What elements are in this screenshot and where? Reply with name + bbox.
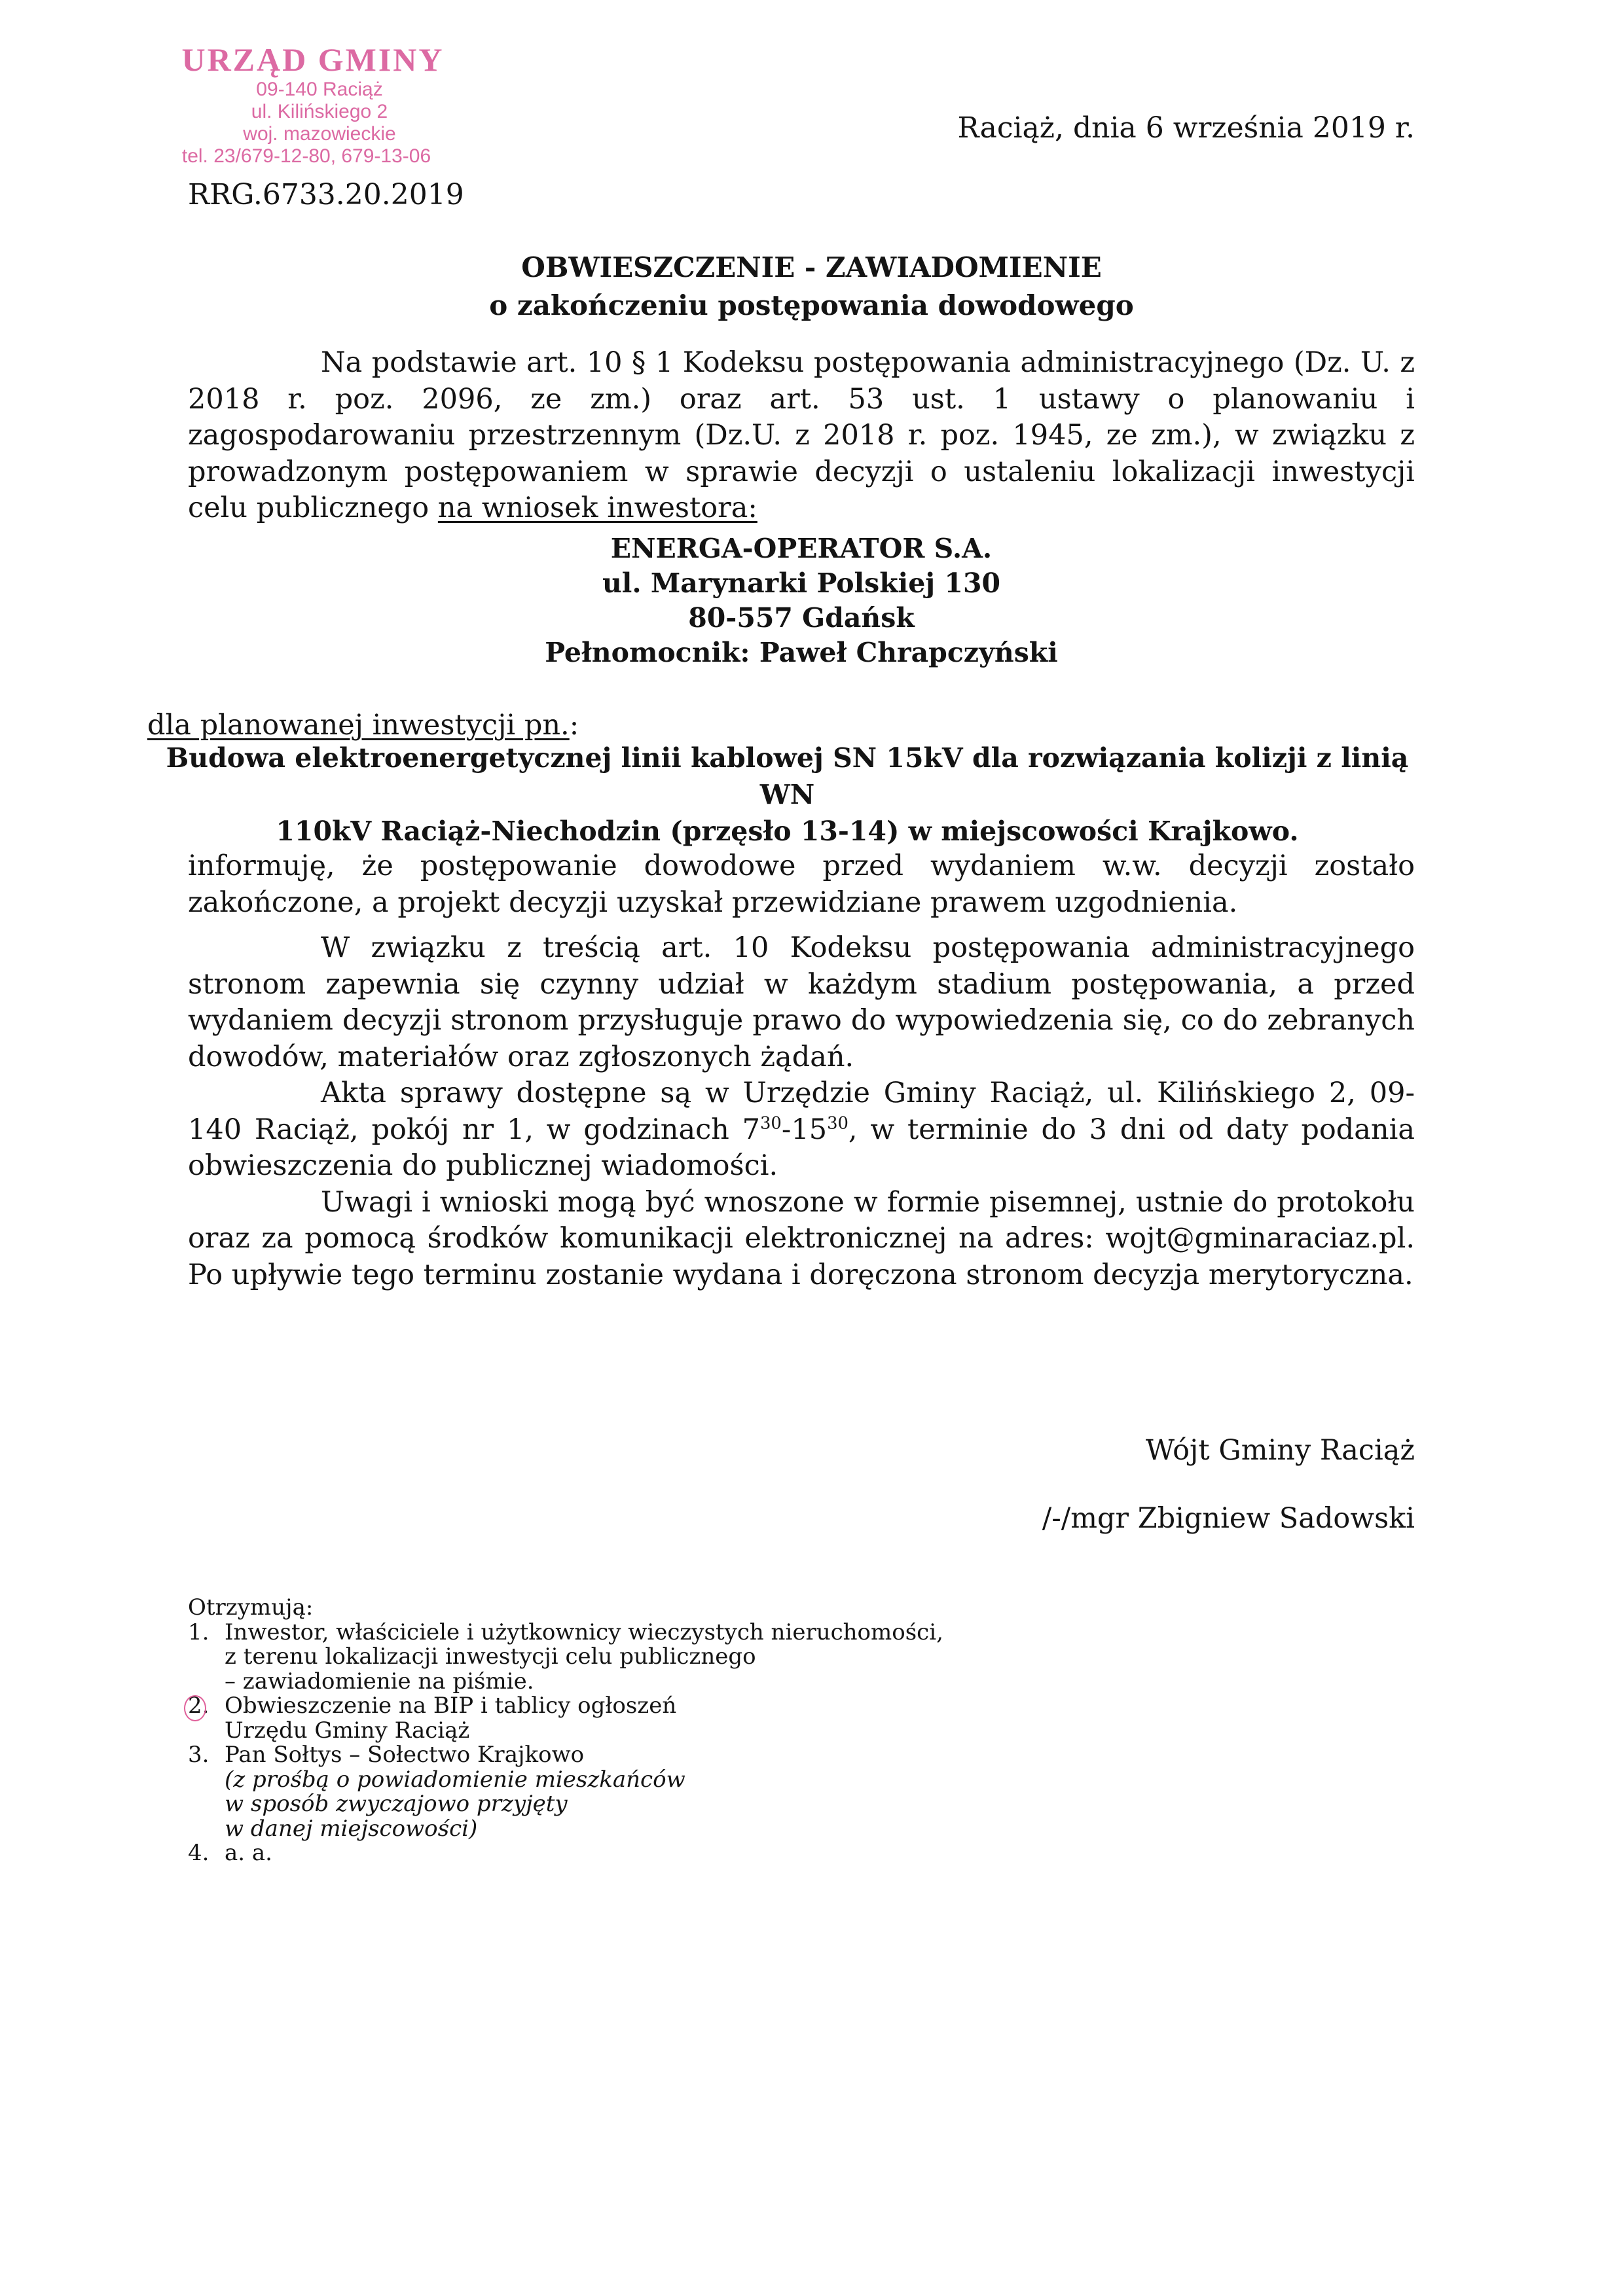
list-item-number: 4.: [188, 1841, 225, 1866]
list-item-line: Inwestor, właściciele i użytkownicy wiec…: [225, 1621, 943, 1645]
investor-name: ENERGA-OPERATOR S.A.: [188, 531, 1415, 566]
reference-number: RRG.6733.20.2019: [188, 177, 464, 213]
project-title: Budowa elektroenergetycznej linii kablow…: [147, 740, 1427, 850]
files-sup-1: 30: [760, 1113, 782, 1133]
list-item-note: w danej miejscowości): [225, 1817, 685, 1842]
list-item-number: 2.: [188, 1694, 225, 1743]
date-line: Raciąż, dnia 6 września 2019 r.: [957, 110, 1415, 147]
title-line-1: OBWIESZCZENIE - ZAWIADOMIENIE: [0, 249, 1623, 287]
list-item-note: w sposób zwyczajowo przyjęty: [225, 1792, 685, 1817]
project-line-1: Budowa elektroenergetycznej linii kablow…: [147, 740, 1427, 813]
intro-text: Na podstawie art. 10 § 1 Kodeksu postępo…: [188, 346, 1415, 524]
investor-street: ul. Marynarki Polskiej 130: [188, 566, 1415, 601]
paragraph-rights: W związku z treścią art. 10 Kodeksu post…: [188, 930, 1415, 1075]
list-item-line: – zawiadomienie na piśmie.: [225, 1670, 943, 1695]
intro-underlined: na wniosek inwestora:: [438, 492, 757, 524]
signature-office: Wójt Gminy Raciąż: [1146, 1432, 1415, 1469]
stamp-title: URZĄD GMINY: [162, 41, 464, 79]
list-item: 1.Inwestor, właściciele i użytkownicy wi…: [188, 1621, 943, 1695]
list-item-line: a. a.: [225, 1841, 272, 1866]
list-item-line: Obwieszczenie na BIP i tablicy ogłoszeń: [225, 1694, 676, 1719]
title-line-2: o zakończeniu postępowania dowodowego: [0, 287, 1623, 325]
list-item: 3.Pan Sołtys – Sołectwo Krajkowo(z prośb…: [188, 1743, 943, 1841]
list-item-number: 1.: [188, 1621, 225, 1695]
stamp-line: 09-140 Raciąż: [175, 79, 464, 101]
stamp-phone: tel. 23/679-12-80, 679-13-06: [149, 145, 464, 168]
recipients-heading: Otrzymują:: [188, 1596, 943, 1621]
project-label-suffix: :: [570, 709, 579, 742]
recipients-list: Otrzymują: 1.Inwestor, właściciele i uży…: [188, 1596, 943, 1866]
list-item-line: Urzędu Gminy Raciąż: [225, 1719, 676, 1744]
files-text-b: -15: [782, 1113, 827, 1146]
list-item-line: z terenu lokalizacji inwestycji celu pub…: [225, 1645, 943, 1670]
project-line-2: 110kV Raciąż-Niechodzin (przęsło 13-14) …: [147, 813, 1427, 850]
paragraph-remarks: Uwagi i wnioski mogą być wnoszone w form…: [188, 1185, 1415, 1294]
investor-block: ENERGA-OPERATOR S.A. ul. Marynarki Polsk…: [188, 531, 1415, 670]
project-label-text: dla planowanej inwestycji pn.: [147, 709, 570, 742]
stamp-line: ul. Kilińskiego 2: [175, 101, 464, 123]
project-label: dla planowanej inwestycji pn.:: [147, 707, 579, 744]
body-paragraphs: informuję, że postępowanie dowodowe prze…: [188, 848, 1415, 1293]
signature-name: /-/mgr Zbigniew Sadowski: [1042, 1500, 1415, 1537]
stamp-line: woj. mazowieckie: [175, 123, 464, 145]
files-sup-2: 30: [827, 1113, 848, 1133]
list-item-note: (z prośbą o powiadomienie mieszkańców: [225, 1768, 685, 1793]
investor-city: 80-557 Gdańsk: [188, 601, 1415, 636]
intro-paragraph: Na podstawie art. 10 § 1 Kodeksu postępo…: [188, 345, 1415, 527]
paragraph-info: informuję, że postępowanie dowodowe prze…: [188, 848, 1415, 921]
list-item-line: Pan Sołtys – Sołectwo Krajkowo: [225, 1743, 685, 1768]
office-stamp: URZĄD GMINY 09-140 Raciąż ul. Kilińskieg…: [175, 41, 464, 168]
investor-proxy: Pełnomocnik: Paweł Chrapczyński: [188, 636, 1415, 670]
list-item: 2.Obwieszczenie na BIP i tablicy ogłosze…: [188, 1694, 943, 1743]
list-item: 4.a. a.: [188, 1841, 943, 1866]
paragraph-files: Akta sprawy dostępne są w Urzędzie Gminy…: [188, 1075, 1415, 1185]
list-item-number: 3.: [188, 1743, 225, 1841]
document-title: OBWIESZCZENIE - ZAWIADOMIENIE o zakończe…: [0, 249, 1623, 325]
